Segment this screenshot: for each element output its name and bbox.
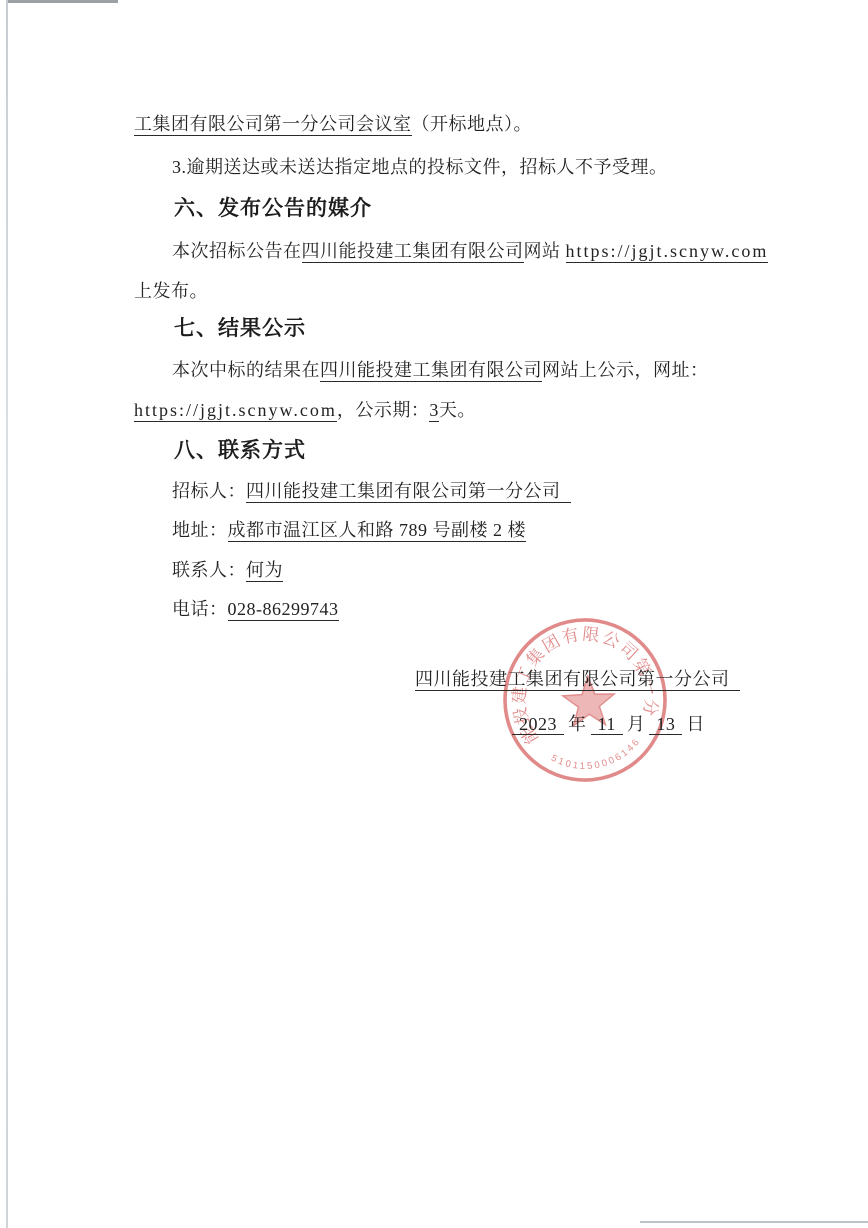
section-6-heading: 六、发布公告的媒介 (174, 196, 372, 222)
date-day-unit: 日 (682, 714, 709, 734)
section-6-prefix: 本次招标公告在 (172, 241, 302, 261)
contact-row-address: 地址：成都市温江区人和路 789 号副楼 2 楼 (172, 518, 526, 542)
announcement-url: https://jgjt.scnyw.com (566, 241, 769, 263)
svg-text:5101150006146: 5101150006146 (547, 734, 647, 780)
publicity-days-value: 3 (429, 400, 439, 422)
days-unit: 天。 (439, 400, 476, 420)
signature-company-name: 四川能投建工集团有限公司第一分公司 (415, 669, 740, 691)
section-6-line-2: 上发布。 (134, 279, 208, 303)
address-value: 成都市温江区人和路 789 号副楼 2 楼 (228, 520, 527, 542)
section-7-line-2: https://jgjt.scnyw.com，公示期：3天。 (134, 398, 476, 422)
contact-person-label: 联系人： (172, 560, 246, 580)
date-year-unit: 年 (564, 714, 591, 734)
phone-label: 电话： (172, 599, 228, 619)
section-7-line-1: 本次中标的结果在四川能投建工集团有限公司网站上公示，网址： (172, 358, 709, 382)
date-day: 13 (649, 714, 682, 735)
contact-row-phone: 电话：028-86299743 (172, 597, 339, 621)
publicity-period-label: ，公示期： (337, 400, 430, 420)
phone-value: 028-86299743 (228, 599, 339, 621)
opening-location-note: （开标地点）。 (412, 114, 533, 134)
company-name-link: 四川能投建工集团有限公司 (302, 241, 524, 263)
address-label: 地址： (172, 520, 228, 540)
scan-edge-top-left (8, 0, 118, 3)
tenderer-value: 四川能投建工集团有限公司第一分公司 (246, 481, 571, 503)
contact-row-tenderer: 招标人：四川能投建工集团有限公司第一分公司 (172, 479, 571, 503)
section-6-line-1: 本次招标公告在四川能投建工集团有限公司网站 https://jgjt.scnyw… (172, 239, 768, 263)
company-name-link: 四川能投建工集团有限公司 (320, 360, 542, 382)
section-7-heading: 七、结果公示 (174, 316, 306, 342)
clause-3: 3.逾期送达或未送达指定地点的投标文件，招标人不予受理。 (172, 155, 668, 179)
section-7-prefix: 本次中标的结果在 (172, 360, 320, 380)
contact-person-value: 何为 (246, 560, 283, 582)
section-7-suffix: 网站上公示，网址： (542, 360, 709, 380)
seal-serial-number: 5101150006146 (547, 734, 647, 780)
section-6-middle: 网站 (524, 241, 566, 261)
contact-row-person: 联系人：何为 (172, 558, 283, 582)
signature-date: 2023年11月13日 (512, 712, 709, 736)
scan-edge-left (6, 0, 8, 1228)
date-year: 2023 (512, 714, 564, 735)
section-8-heading: 八、联系方式 (174, 438, 306, 464)
date-month-unit: 月 (623, 714, 650, 734)
continuation-line: 工集团有限公司第一分公司会议室（开标地点）。 (134, 112, 532, 136)
tenderer-label: 招标人： (172, 481, 246, 501)
result-url: https://jgjt.scnyw.com (134, 400, 337, 422)
meeting-room-text: 工集团有限公司第一分公司会议室 (134, 114, 412, 136)
date-month: 11 (591, 714, 623, 735)
company-seal-stamp: 四川能投建工集团有限公司第一分公司 5101150006146 (497, 612, 674, 789)
document-page: 工集团有限公司第一分公司会议室（开标地点）。 3.逾期送达或未送达指定地点的投标… (0, 0, 868, 1228)
scan-edge-bottom-right (640, 1221, 868, 1223)
signature-company: 四川能投建工集团有限公司第一分公司 (415, 667, 740, 691)
